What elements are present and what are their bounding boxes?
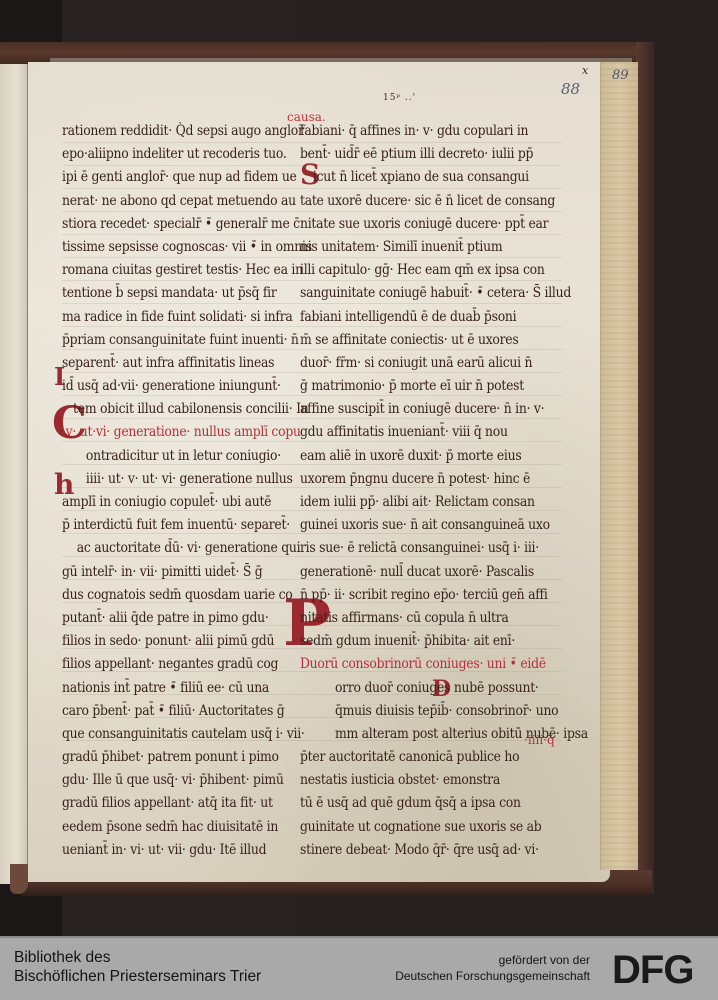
left-text-column: rationem reddidit· Q̀d sepsi augo anglor… — [62, 120, 312, 862]
top-mark: 15ᵖ ..' — [383, 93, 416, 103]
text-line: caro p̄bent̄· pat̄ •̄ filiū· Auctoritat… — [62, 700, 312, 723]
text-line: tate uxorē ducere· sic ē n̄ licet de co… — [300, 190, 588, 213]
text-line: separent̄· aut infra affinitatis lineas — [62, 352, 312, 375]
text-line: epo·aliipno indeliter ut recoderis tuo. — [62, 143, 312, 166]
text-line: putant̄· alii q̄de patre in pimo gdu· — [62, 607, 312, 630]
text-line: duor̄· fr̄m· si coniugit unā earū alic… — [300, 352, 588, 375]
text-line: illi capitulo· gḡ· Hec eam qm̄ ex ipsa … — [300, 259, 588, 282]
library-name-line1: Bibliothek des — [14, 948, 261, 967]
funding-line1: gefördert von der — [395, 952, 590, 968]
text-line: gdu· Ille ū que usq̄· vi· p̄hibent· pim… — [62, 769, 312, 792]
book-cover-top-edge — [0, 42, 652, 64]
binding-tab — [10, 864, 28, 894]
text-line: q̄muis diuisis tep̄ib̄· consobrinor̄· un… — [300, 700, 588, 723]
text-line: amplī in coniugio copulet̄· ubi autē — [62, 491, 312, 514]
rubric-line: ·v· ut·vi· generatione· nullus amplī co… — [62, 421, 312, 444]
text-line: iiii· ut· v· ut· vi· generatione nullus — [62, 468, 312, 491]
library-name-line2: Bischöflichen Priesterseminars Trier — [14, 967, 261, 986]
text-line: uxorem p̄ngnu ducere n̄ potest· hinc ē — [300, 468, 588, 491]
text-line: p̄ter auctoritatē canonicā publice ho — [300, 746, 588, 769]
stub-folio-number: 89 — [612, 68, 629, 83]
text-line: nitate sue uxoris coniugē ducere· ppt̄ … — [300, 213, 588, 236]
text-line: ipi ē genti anglor̄· que nup ad fidem ue — [62, 166, 312, 189]
text-line: eam aliē in uxorē duxit· p̄ morte eius — [300, 445, 588, 468]
text-line: nis unitatem· Similī inuenit̄ ptium — [300, 236, 588, 259]
text-line: tissime sepsisse cognoscas· vii •̄ in om… — [62, 236, 312, 259]
text-line: ontradicitur ut in letur coniugio· — [62, 445, 312, 468]
text-line: romana ciuitas gestiret testis· Hec ea i… — [62, 259, 312, 282]
text-line: m̄ se affinitate coniectis· ut ē uxores — [300, 329, 588, 352]
text-line: dus cognatois sedm̄ quosdam uarie co — [62, 584, 312, 607]
rubric-line: Duorū consobrinorū coniuges· uni •̄ ei… — [300, 653, 588, 676]
text-line: fabiani· q̄ affines in· v· gdu copulari … — [300, 120, 588, 143]
text-line: tem obicit illud cabilonensis concilii· … — [62, 398, 312, 421]
library-name: Bibliothek des Bischöflichen Priestersem… — [14, 948, 261, 986]
text-line: ma radice in fide fuint solidati· si inf… — [62, 306, 312, 329]
text-line: gradū p̄hibet· patrem ponunt i pimo — [62, 746, 312, 769]
text-line: gdu affinitatis inueniant̄· viii q̄ nou — [300, 421, 588, 444]
folio-number: 88 — [561, 80, 580, 98]
text-line: icut n̄ licet̄ xpiano de sua consangui — [300, 166, 588, 189]
text-line: tentione b̄ sepsi mandata· ut p̄sq̄ fir — [62, 282, 312, 305]
funding-line2: Deutschen Forschungsgemeinschaft — [395, 968, 590, 984]
text-line: orro duor̄ coniuges nubē possunt· — [300, 677, 588, 700]
text-line: que consanguinitatis cautelam usq̄ i· vi… — [62, 723, 312, 746]
text-line: stinere debeat· Modo q̄r̄· q̄re usq̄ ad·… — [300, 839, 588, 862]
text-line: filios in sedo· ponunt· alii pimū gdū — [62, 630, 312, 653]
text-line: sedm̄ gdum inuenit̄· p̄hibita· ait enī· — [300, 630, 588, 653]
text-line: bent̄· uid̄r̄ eē ptium illi decreto· iu… — [300, 143, 588, 166]
corner-mark: x — [582, 64, 588, 77]
text-line: guinitate ut cognatione sue uxoris se ab — [300, 816, 588, 839]
text-line: n̄ pp̄· ii· scribit regino ep̄o· terciū… — [300, 584, 588, 607]
dfg-logo: DFG — [612, 950, 693, 990]
text-line: idem iulii pp̄· alibi ait· Relictam cons… — [300, 491, 588, 514]
text-line: nestatis iusticia obstet· emonstra — [300, 769, 588, 792]
text-line: p̄ interdictū fuit fem inuentū· separe… — [62, 514, 312, 537]
text-line: sanguinitate coniugē habuit̄· •̄ cetera… — [300, 282, 588, 305]
text-line: rationem reddidit· Q̀d sepsi augo anglor… — [62, 120, 312, 143]
funding-credit: gefördert von der Deutschen Forschungsge… — [395, 952, 590, 984]
text-line: fabiani intelligendū ē de duab̄ p̄soni — [300, 306, 588, 329]
text-line: id̄ usq̄ ad·vii· generatione iniungunt̄· — [62, 375, 312, 398]
library-footer-banner: Bibliothek des Bischöflichen Priestersem… — [0, 936, 718, 1000]
text-line: generationē· null̄ ducat uxorē· Pascal… — [300, 561, 588, 584]
text-line: filios appellant· negantes gradū cog — [62, 653, 312, 676]
text-line: eedem p̄sone sedm̄ hac diuisitatē in — [62, 816, 312, 839]
text-line: p̄priam consanguinitate fuint inuenti· n… — [62, 329, 312, 352]
guard-stub — [600, 62, 638, 870]
text-line: nerat· ne abono qd cepat metuendo au — [62, 190, 312, 213]
text-line: gradū filios appellant· atq̄ ita fit· u… — [62, 792, 312, 815]
text-line: stiora recedet· specialr̄ •̄ generalr̄ m… — [62, 213, 312, 236]
text-line: ueniant̄ in· vi· ut· vii· gdu· Itē illu… — [62, 839, 312, 862]
book-cover-right-edge — [636, 42, 654, 894]
facing-page-edge — [0, 64, 28, 884]
text-line: gū intelr̄· in· vii· pimitti uidet̄· S̄… — [62, 561, 312, 584]
text-line: nationis int̄ patre •̄ filiū ee· cū un… — [62, 677, 312, 700]
text-line: affine suscipit̄ in coniugē ducere· n̄ … — [300, 398, 588, 421]
text-line: ac auctoritate d̄ū· vi· generatione qui — [62, 537, 312, 560]
right-text-column: fabiani· q̄ affines in· v· gdu copulari … — [300, 120, 588, 862]
text-line: ḡ matrimonio· p̄ morte eī uir n̄ potes… — [300, 375, 588, 398]
text-line: guinei uxoris sue· n̄ ait consanguineā … — [300, 514, 588, 537]
text-line: nitatis affirmans· cū copula n̄ ultra — [300, 607, 588, 630]
text-line: mm alteram post alterius obitū nubē· i… — [300, 723, 588, 746]
text-line: ris sue· ē relictā consanguinei· usq̄ i… — [300, 537, 588, 560]
text-line: tū ē usq̄ ad quē gdum q̄sq̄ a ipsa con — [300, 792, 588, 815]
